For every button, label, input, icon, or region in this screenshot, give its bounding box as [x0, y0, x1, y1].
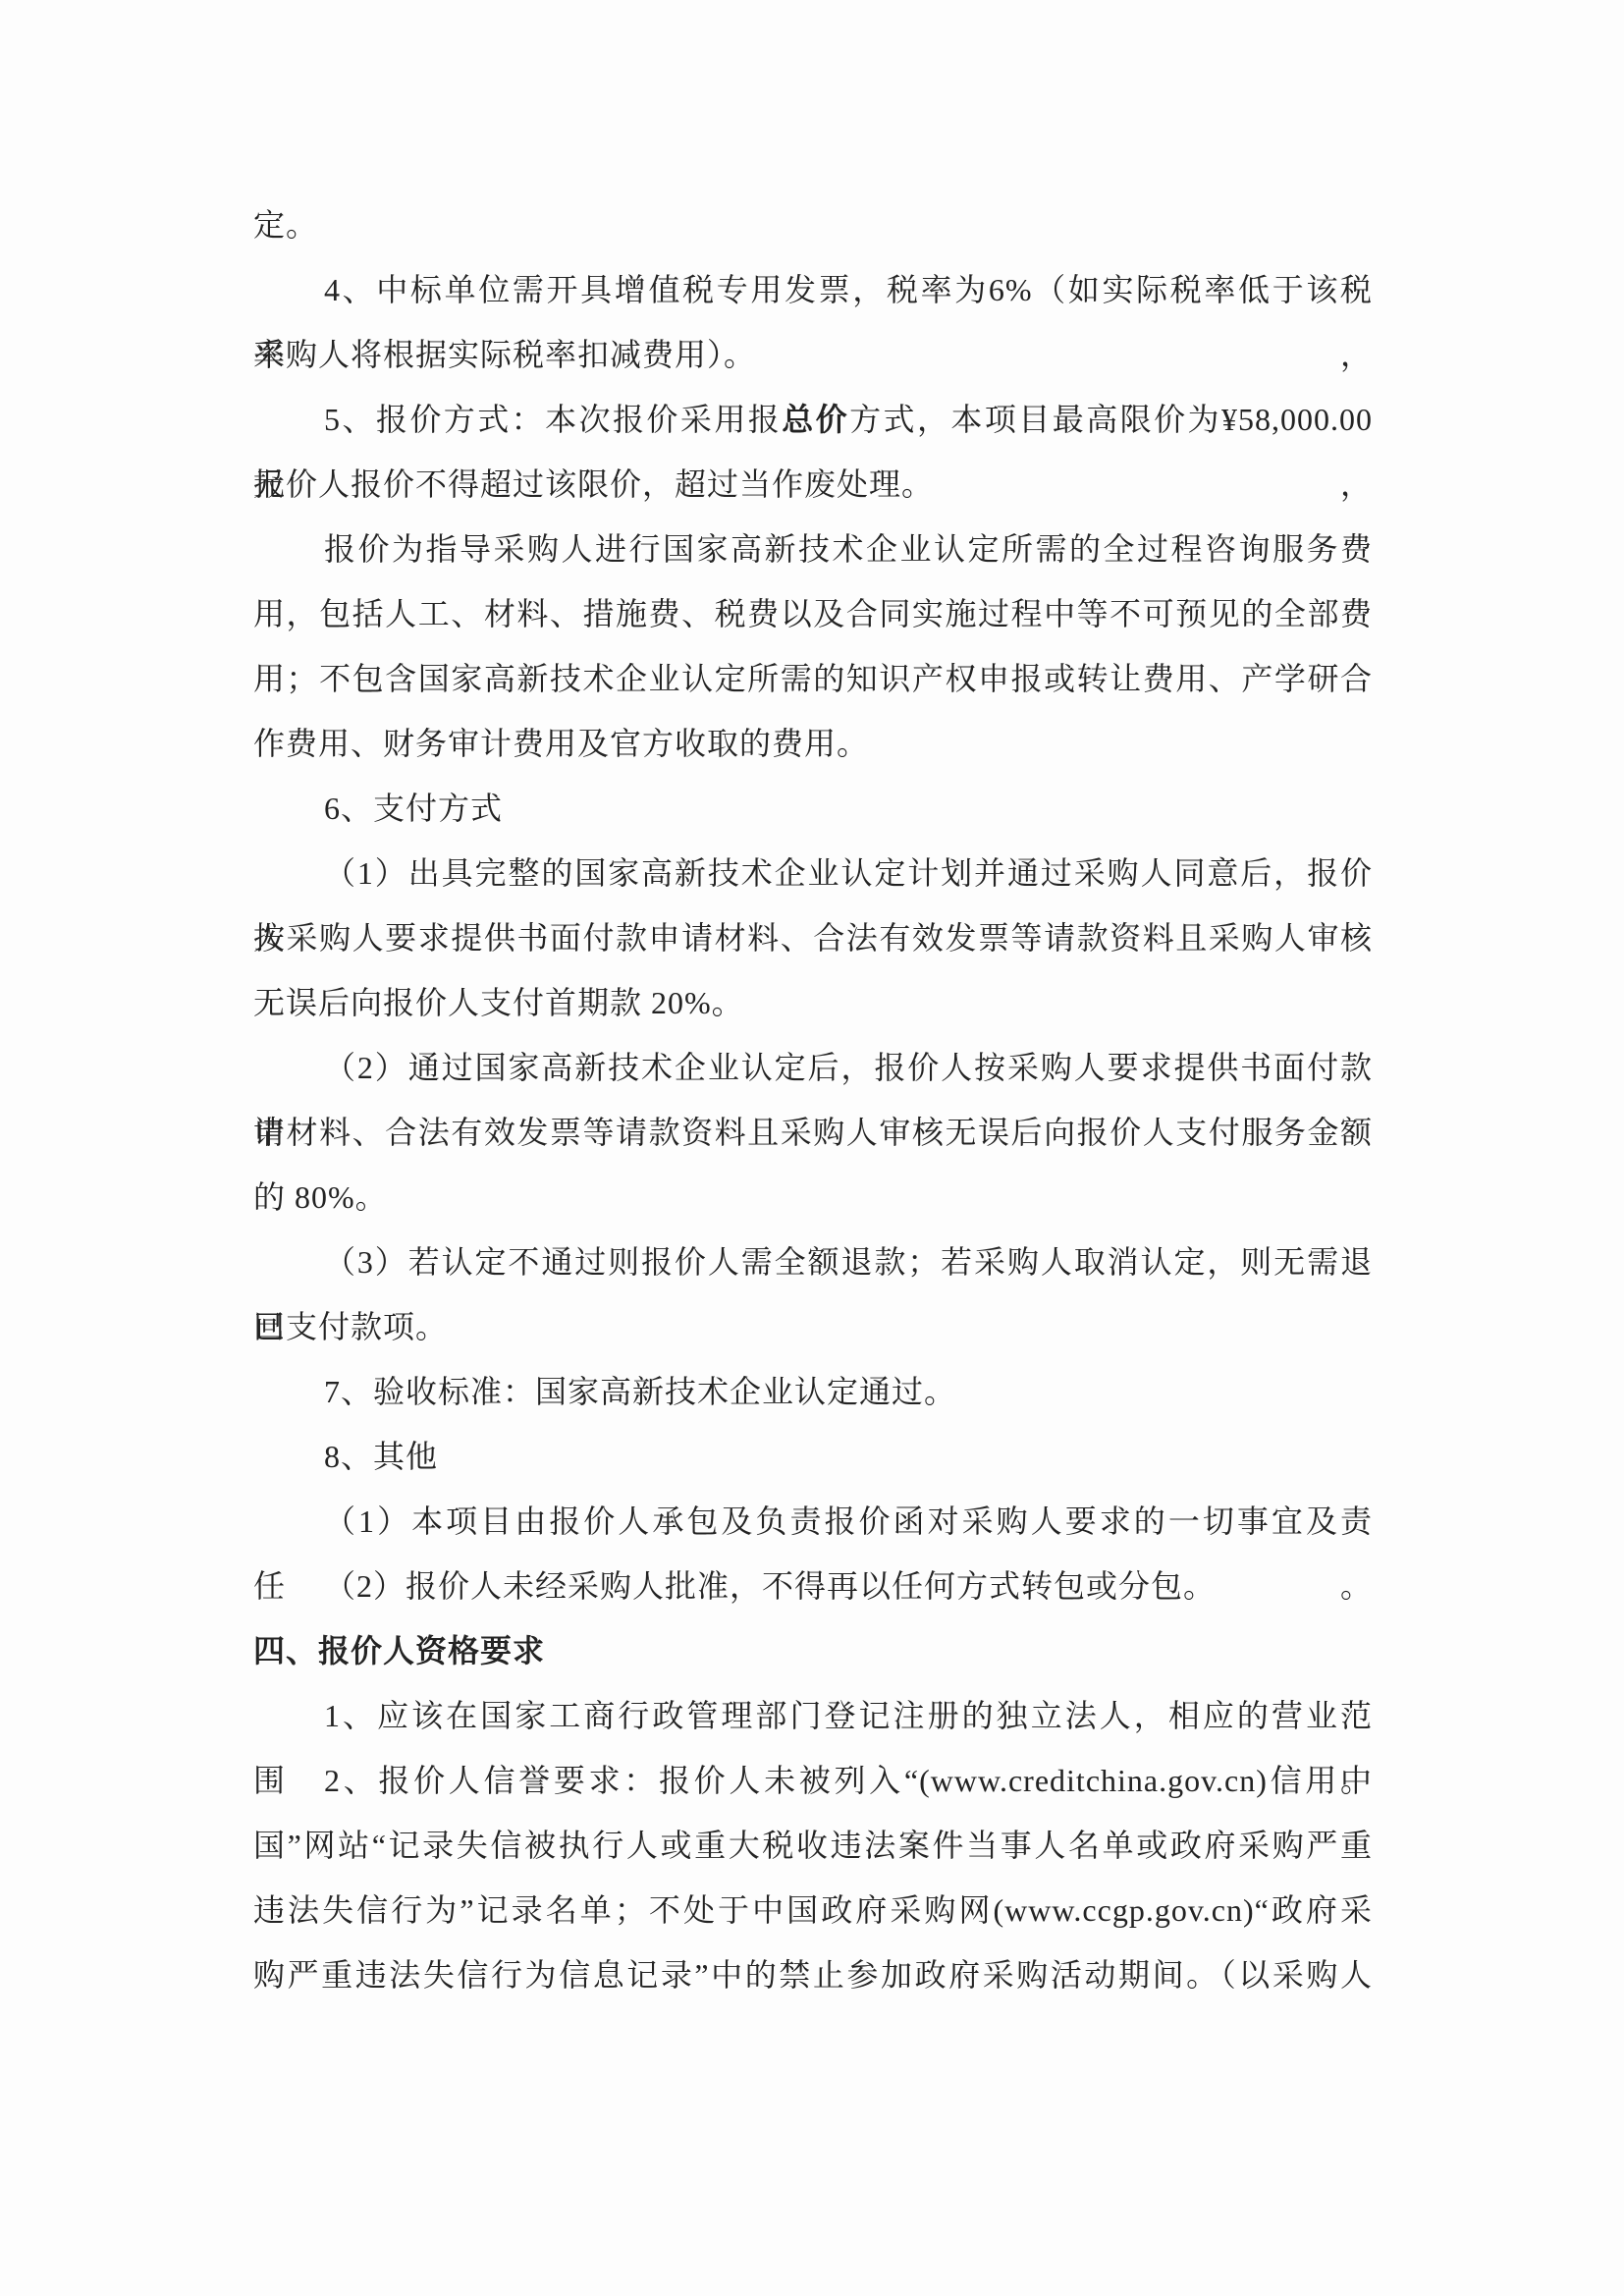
text-line: 违法失信行为”记录名单；不处于中国政府采购网(www.ccgp.gov.cn)“…	[253, 1878, 1373, 1942]
text-segment: 2、报价人信誉要求：报价人未被列入“(www.creditchina.gov.c…	[324, 1763, 1373, 1798]
text-line: 2、报价人信誉要求：报价人未被列入“(www.creditchina.gov.c…	[253, 1748, 1373, 1813]
text-line: 购严重违法失信行为信息记录”中的禁止参加政府采购活动期间。（以采购人	[253, 1942, 1373, 2007]
text-segment: 报价为指导采购人进行国家高新技术企业认定所需的全过程咨询服务费	[324, 531, 1373, 567]
text-segment: 作费用、财务审计费用及官方收取的费用。	[253, 726, 869, 761]
text-segment: （2）报价人未经采购人批准，不得再以任何方式转包或分包。	[324, 1568, 1216, 1604]
text-line: 请材料、合法有效发票等请款资料且采购人审核无误后向报价人支付服务金额	[253, 1100, 1373, 1165]
text-line: 报价为指导采购人进行国家高新技术企业认定所需的全过程咨询服务费	[253, 517, 1373, 581]
text-line: （1）本项目由报价人承包及负责报价函对采购人要求的一切事宜及责任。	[253, 1489, 1373, 1554]
text-line: （2）通过国家高新技术企业认定后，报价人按采购人要求提供书面付款申	[253, 1035, 1373, 1100]
text-segment: 请材料、合法有效发票等请款资料且采购人审核无误后向报价人支付服务金额	[253, 1115, 1373, 1150]
text-segment: 用，包括人工、材料、措施费、税费以及合同实施过程中等不可预见的全部费	[253, 596, 1373, 631]
text-segment: 报价人报价不得超过该限价，超过当作废处理。	[253, 466, 934, 502]
text-line: （2）报价人未经采购人批准，不得再以任何方式转包或分包。	[253, 1554, 1373, 1618]
text-segment: 购严重违法失信行为信息记录”中的禁止参加政府采购活动期间。（以采购人	[253, 1957, 1373, 1993]
text-segment: 的 80%。	[253, 1179, 388, 1215]
text-segment: 6、支付方式	[324, 791, 503, 826]
text-segment: 7、验收标准：国家高新技术企业认定通过。	[324, 1374, 956, 1409]
text-segment: 8、其他	[324, 1439, 438, 1474]
text-segment: 国”网站“记录失信被执行人或重大税收违法案件当事人名单或政府采购严重	[253, 1828, 1373, 1863]
text-line: 定。	[253, 192, 1373, 257]
text-line: 用；不包含国家高新技术企业认定所需的知识产权申报或转让费用、产学研合	[253, 646, 1373, 711]
text-line: 国”网站“记录失信被执行人或重大税收违法案件当事人名单或政府采购严重	[253, 1813, 1373, 1878]
text-line: 用，包括人工、材料、措施费、税费以及合同实施过程中等不可预见的全部费	[253, 581, 1373, 646]
text-segment: 违法失信行为”记录名单；不处于中国政府采购网(www.ccgp.gov.cn)“…	[253, 1892, 1373, 1928]
emphasis-text: 总价	[782, 402, 849, 437]
text-segment: 按采购人要求提供书面付款申请材料、合法有效发票等请款资料且采购人审核	[253, 920, 1373, 956]
text-segment: 定。	[253, 207, 318, 243]
text-line: 已支付款项。	[253, 1294, 1373, 1359]
document-page: 定。4、中标单位需开具增值税专用发票，税率为6%（如实际税率低于该税率，采购人将…	[0, 0, 1624, 2296]
text-line: 无误后向报价人支付首期款 20%。	[253, 970, 1373, 1035]
text-segment: 无误后向报价人支付首期款 20%。	[253, 985, 744, 1020]
text-line: 按采购人要求提供书面付款申请材料、合法有效发票等请款资料且采购人审核	[253, 905, 1373, 970]
text-line: 1、应该在国家工商行政管理部门登记注册的独立法人，相应的营业范围。	[253, 1683, 1373, 1748]
section-heading: 四、报价人资格要求	[253, 1618, 1373, 1683]
text-line: （3）若认定不通过则报价人需全额退款；若采购人取消认定，则无需退回	[253, 1230, 1373, 1294]
text-line: 5、报价方式：本次报价采用报总价方式，本项目最高限价为¥58,000.00元，	[253, 387, 1373, 452]
text-line: 8、其他	[253, 1424, 1373, 1489]
text-segment: 5、报价方式：本次报价采用报	[324, 402, 782, 437]
text-segment: 已支付款项。	[253, 1309, 448, 1344]
text-line: 作费用、财务审计费用及官方收取的费用。	[253, 711, 1373, 776]
text-segment: 采购人将根据实际税率扣减费用）。	[253, 337, 756, 372]
text-line: 6、支付方式	[253, 776, 1373, 841]
text-line: （1）出具完整的国家高新技术企业认定计划并通过采购人同意后，报价人	[253, 841, 1373, 905]
document-text-block: 定。4、中标单位需开具增值税专用发票，税率为6%（如实际税率低于该税率，采购人将…	[253, 192, 1373, 2007]
emphasis-text: 四、报价人资格要求	[253, 1633, 545, 1668]
text-segment: 用；不包含国家高新技术企业认定所需的知识产权申报或转让费用、产学研合	[253, 661, 1373, 696]
text-line: 4、中标单位需开具增值税专用发票，税率为6%（如实际税率低于该税率，	[253, 257, 1373, 322]
text-line: 7、验收标准：国家高新技术企业认定通过。	[253, 1359, 1373, 1424]
text-line: 的 80%。	[253, 1165, 1373, 1230]
